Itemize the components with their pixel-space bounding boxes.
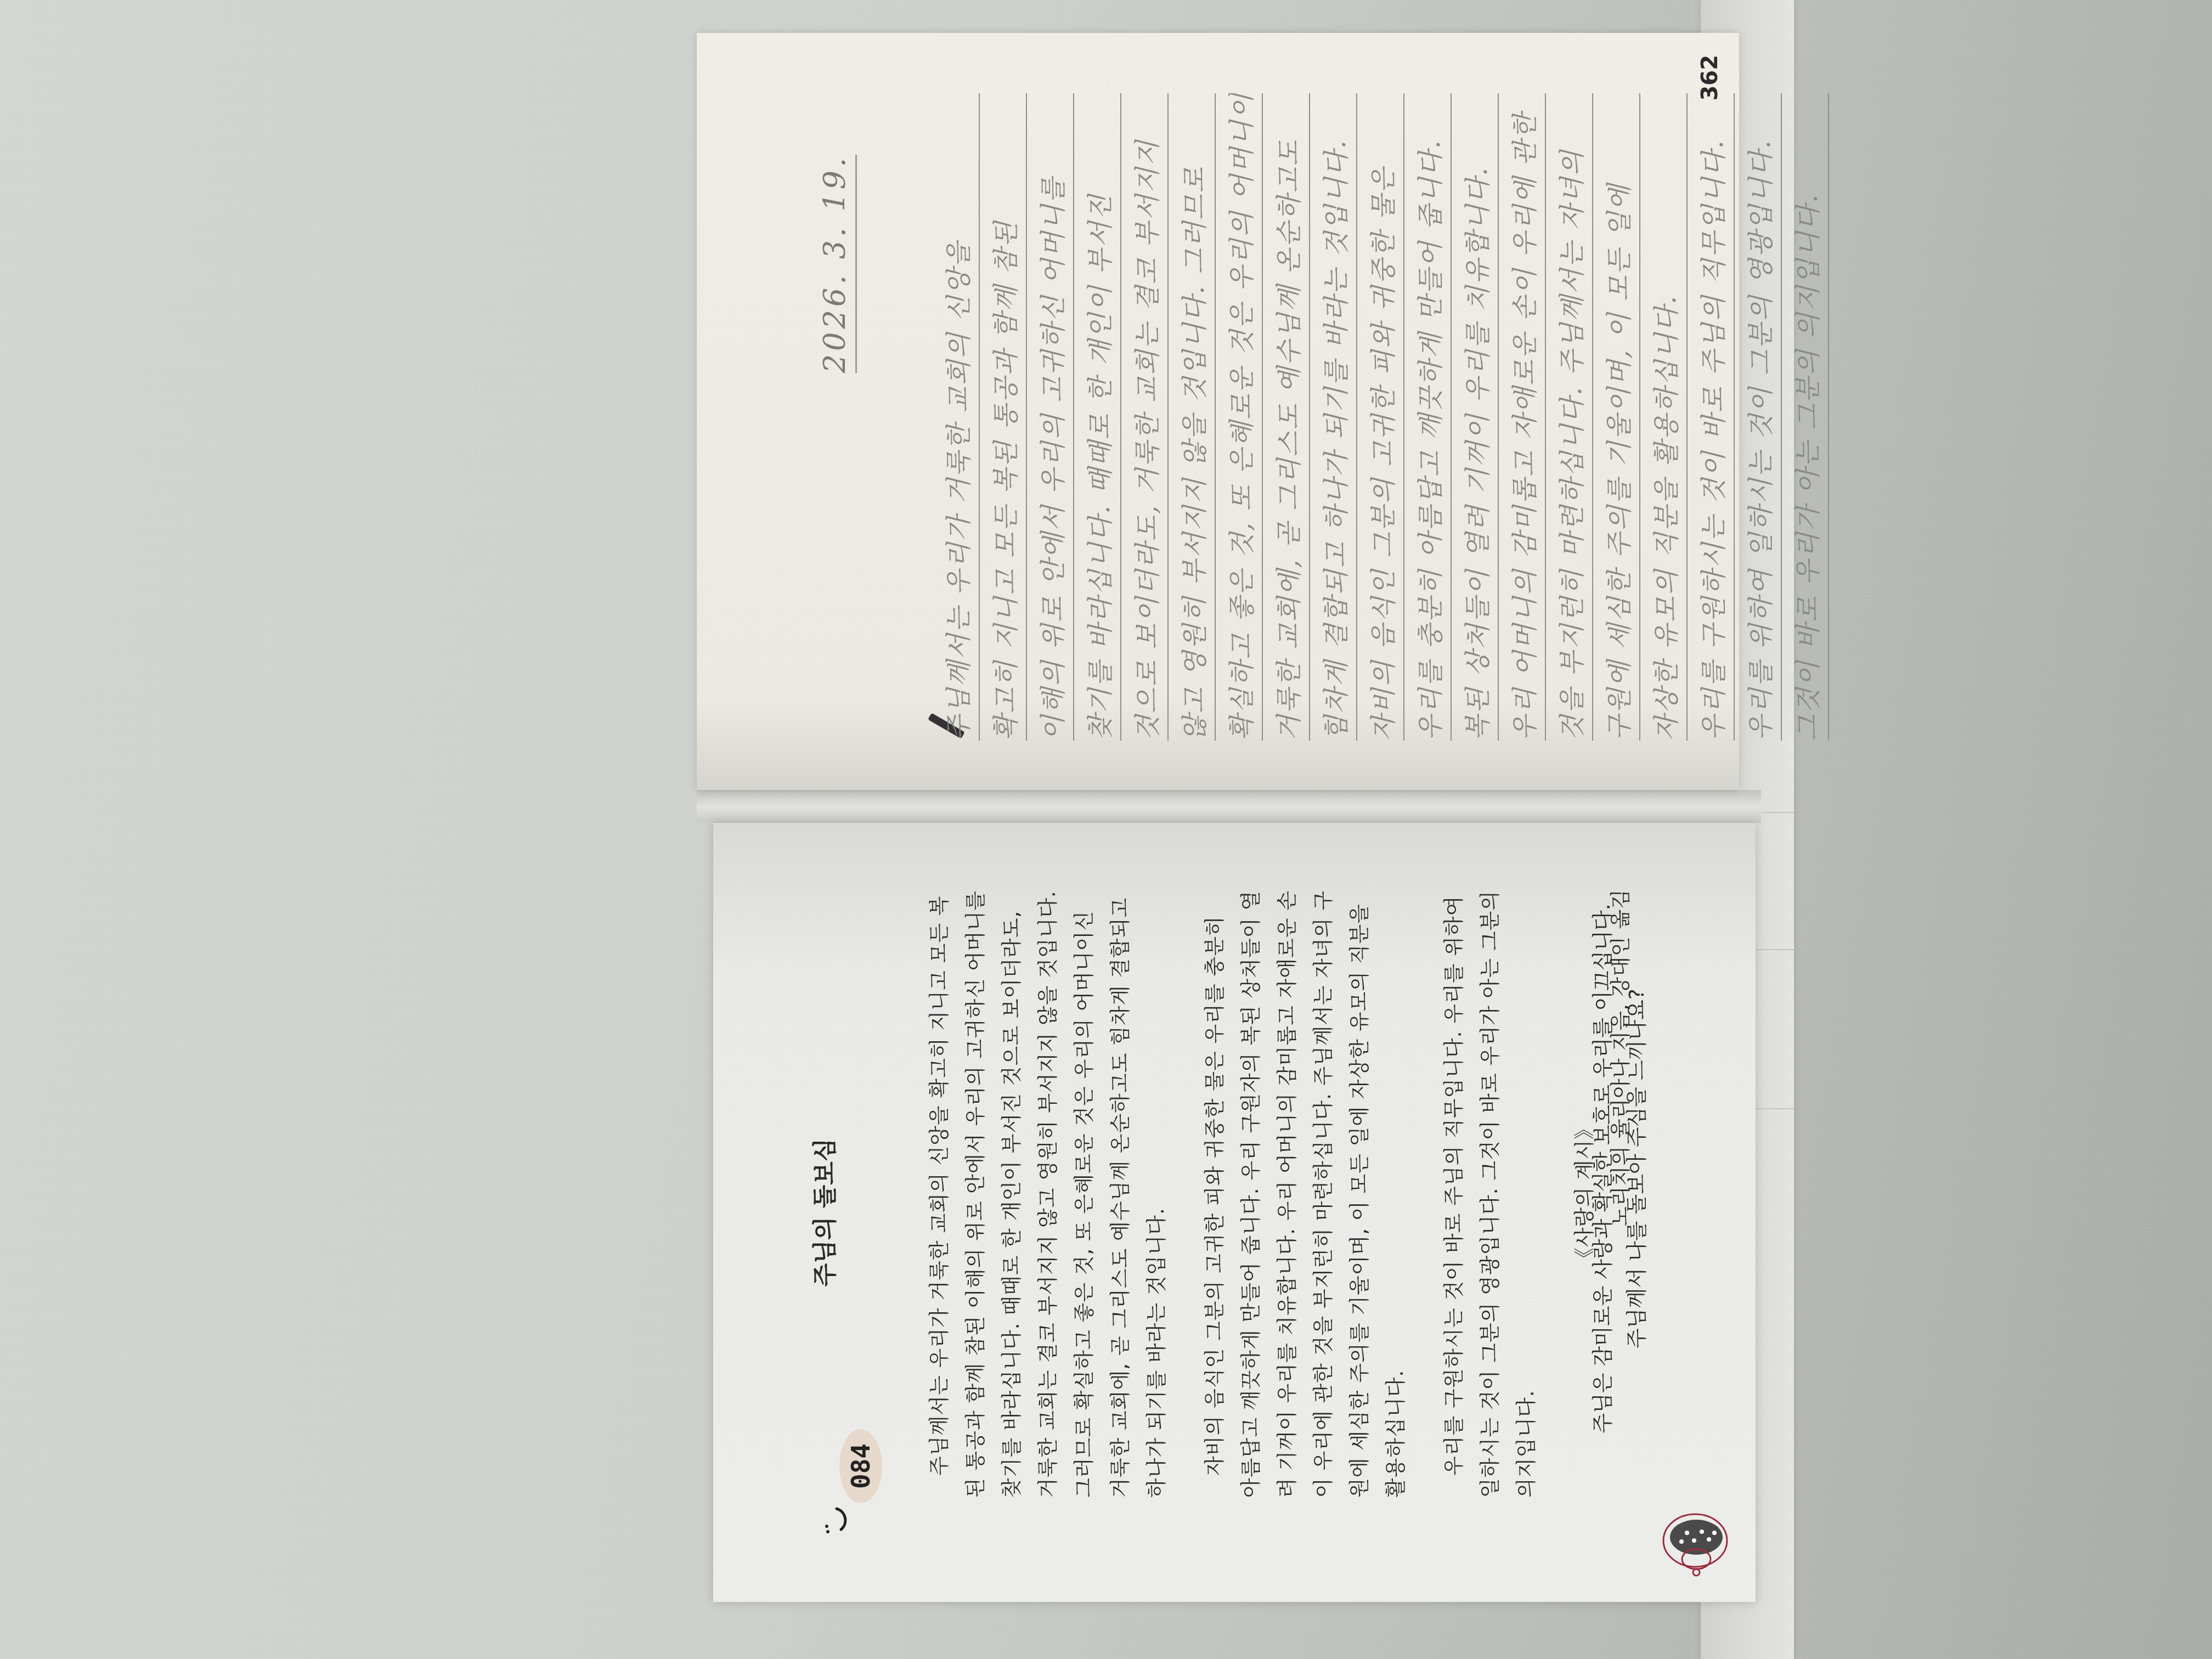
handwritten-date: 2026. 3. 19.	[817, 155, 857, 373]
handwritten-line: 우리를 위하여 일하시는 것이 그분의 영광입니다.	[1735, 93, 1782, 741]
paragraph: 우리를 구원하시는 것이 바로 주님의 직무입니다. 우리를 위하여 일하시는 …	[1436, 889, 1545, 1498]
ruled-lines: 주님께서는 우리가 거룩한 교회의 신앙을 확고히 지니고 모든 복된 통공과 …	[933, 93, 1829, 741]
handwritten-line: 확실하고 좋은 것, 또 은혜로운 것은 우리의 어머니이신	[1216, 93, 1263, 741]
handwritten-line: 이해의 위로 안에서 우리의 고귀하신 어머니를	[1027, 93, 1074, 741]
reflection-line: 주님은 감미로운 사랑과 확실한 보호로 우리를 이끄십니다.	[1585, 889, 1620, 1448]
handwritten-line: 자비의 음식인 그분의 고귀한 피와 귀중한 물은	[1357, 93, 1404, 741]
handwritten-line: 찾기를 바라십니다. 때때로 한 개인이 부서진	[1074, 93, 1121, 741]
handwritten-line: 구원에 세심한 주의를 기울이며, 이 모든 일에	[1593, 93, 1640, 741]
handwritten-line: 우리를 충분히 아름답고 깨끗하게 만들어 줍니다.	[1404, 93, 1452, 741]
handwritten-line: 우리 어머니의 감미롭고 자애로운 손이 우리에 관한	[1499, 93, 1546, 741]
handwritten-line: 거룩한 교회에, 곧 그리스도 예수님께 온순하고도	[1263, 93, 1310, 741]
handwritten-line: 우리를 구원하시는 것이 바로 주님의 직무입니다.	[1688, 93, 1735, 741]
entry-number-badge: 084	[839, 1429, 882, 1503]
devotional-body: 주님께서는 우리가 거룩한 교회의 신앙을 확고히 지니고 모든 복된 통공과 …	[922, 889, 1639, 1498]
book-gutter	[697, 790, 1761, 823]
reflection: 주님은 감미로운 사랑과 확실한 보호로 우리를 이끄십니다. 주님께서 나를 …	[1585, 889, 1654, 1448]
printed-page: 084 주님의 돌보심 주님께서는 우리가 거룩한 교회의 신앙을 확고히 지니…	[713, 823, 1756, 1602]
page-title: 주님의 돌보심	[805, 823, 840, 1602]
handwritten-page: 2026. 3. 19. 주님께서는 우리가 거룩한 교회의 신앙을 확고히 지…	[697, 33, 1739, 790]
handwritten-line: 그것이 바로 우리가 아는 그분의 의지입니다.	[1782, 93, 1829, 741]
handwritten-line: 힘차게 결합되고 하나가 되기를 바라는 것입니다.	[1310, 93, 1357, 741]
book-spread: 084 주님의 돌보심 주님께서는 우리가 거룩한 교회의 신앙을 확고히 지니…	[691, 11, 1778, 1602]
handwritten-line: 주님께서는 우리가 거룩한 교회의 신앙을	[933, 93, 980, 741]
handwritten-line: 것을 부지런히 마련하십니다. 주님께서는 자녀의	[1546, 93, 1593, 741]
handwritten-line: 것으로 보이더라도, 거룩한 교회는 결코 부서지지	[1121, 93, 1169, 741]
handwritten-line: 자상한 유모의 직분을 활용하십니다.	[1640, 93, 1688, 741]
handwritten-line: 않고 영원히 부서지지 않을 것입니다. 그러므로	[1169, 93, 1216, 741]
page-number: 362	[1697, 55, 1723, 101]
handwritten-line: 확고히 지니고 모든 복된 통공과 함께 참된	[980, 93, 1027, 741]
handwritten-line: 복된 상처들이 열려 기꺼이 우리를 치유합니다.	[1452, 93, 1499, 741]
paragraph: 주님께서는 우리가 거룩한 교회의 신앙을 확고히 지니고 모든 복된 통공과 …	[922, 889, 1175, 1498]
ladybug-mascot-icon	[1657, 1503, 1739, 1580]
paragraph: 자비의 음식인 그분의 고귀한 피와 귀중한 물은 우리를 충분히 아름답고 깨…	[1197, 889, 1414, 1498]
reflection-question: 주님께서 나를 돌보아 주심을 느끼나요?	[1620, 889, 1654, 1448]
